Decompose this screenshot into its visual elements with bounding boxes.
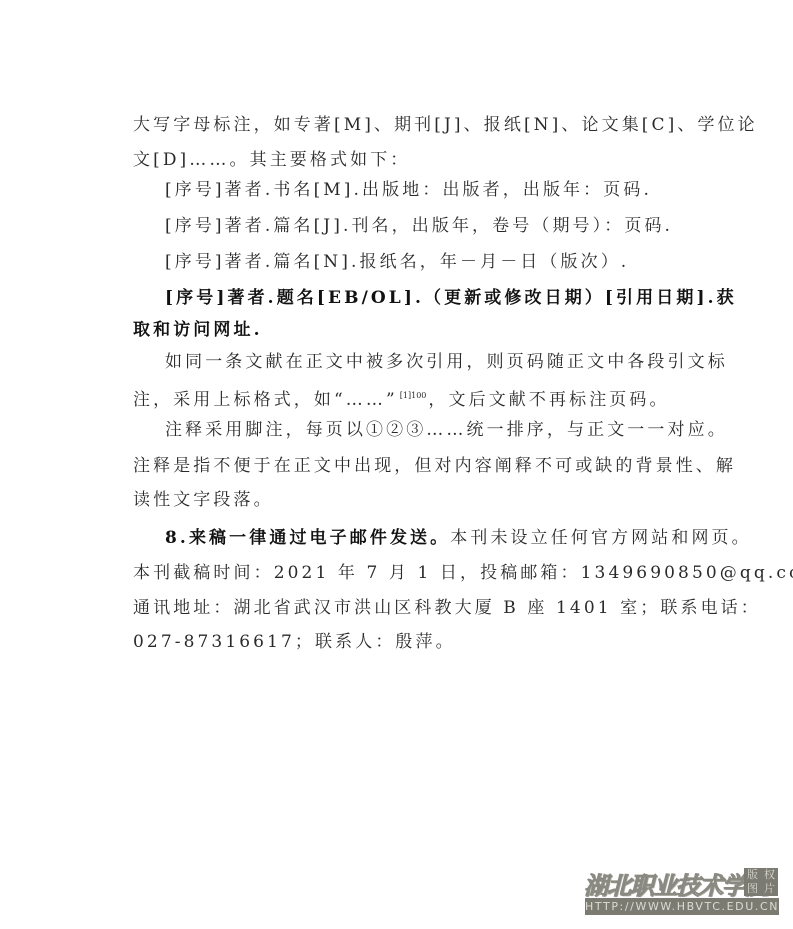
text-line: 注释采用脚注，每页以①②③……统一排序，与正文一一对应。 — [165, 419, 728, 441]
text-line: 注释是指不便于在正文中出现，但对内容阐释不可或缺的背景性、解 — [133, 455, 736, 477]
badge-char: 片 — [761, 882, 778, 896]
watermark-url: HTTP://WWW.HBVTC.EDU.CN — [585, 898, 779, 915]
submission-notice-heading: 8.来稿一律通过电子邮件发送。 — [165, 528, 450, 548]
text-line: 读性文字段落。 — [133, 489, 274, 511]
badge-char: 权 — [761, 868, 778, 882]
text-line: 取和访问网址. — [133, 319, 263, 341]
document-page: 大写字母标注，如专著[M]、期刊[J]、报纸[N]、论文集[C]、学位论 文[D… — [0, 0, 793, 929]
reference-format-journal: [序号]著者.篇名[J].刊名，出版年，卷号（期号）：页码. — [165, 215, 673, 237]
text-line-with-superscript: 注，采用上标格式，如“……”[1]100，文后文献不再标注页码。 — [133, 385, 670, 411]
reference-format-newspaper: [序号]著者.篇名[N].报纸名，年－月－日（版次）. — [165, 251, 629, 273]
contact-line: 027-87316617；联系人：殷萍。 — [133, 631, 456, 653]
address-line: 通讯地址：湖北省武汉市洪山区科教大厦 B 座 1401 室；联系电话： — [133, 597, 761, 619]
watermark: 湖北职业技术学院 版 权 图 片 HTTP://WWW.HBVTC.EDU.CN — [582, 864, 782, 920]
submission-notice: 8.来稿一律通过电子邮件发送。本刊未设立任何官方网站和网页。 — [165, 527, 752, 549]
badge-char: 版 — [744, 868, 761, 882]
deadline-email-line: 本刊截稿时间：2021 年 7 月 1 日，投稿邮箱：1349690850@qq… — [133, 562, 793, 584]
watermark-logo-text: 湖北职业技术学院 — [584, 866, 768, 901]
text-segment: ，文后文献不再标注页码。 — [428, 390, 669, 410]
text-line: 如同一条文献在正文中被多次引用，则页码随正文中各段引文标 — [165, 351, 728, 373]
text-line: 大写字母标注，如专著[M]、期刊[J]、报纸[N]、论文集[C]、学位论 — [133, 114, 758, 136]
text-line: 文[D]……。其主要格式如下： — [133, 149, 410, 171]
citation-superscript: [1]100 — [400, 391, 427, 400]
text-segment: 注，采用上标格式，如“……” — [133, 390, 398, 410]
text-segment: 本刊未设立任何官方网站和网页。 — [450, 528, 752, 548]
copyright-badge: 版 权 图 片 — [744, 868, 778, 896]
reference-format-online: [序号]著者.题名[EB/OL].（更新或修改日期）[引用日期].获 — [165, 287, 737, 309]
reference-format-book: [序号]著者.书名[M].出版地：出版者，出版年：页码. — [165, 179, 652, 201]
badge-char: 图 — [744, 882, 761, 896]
